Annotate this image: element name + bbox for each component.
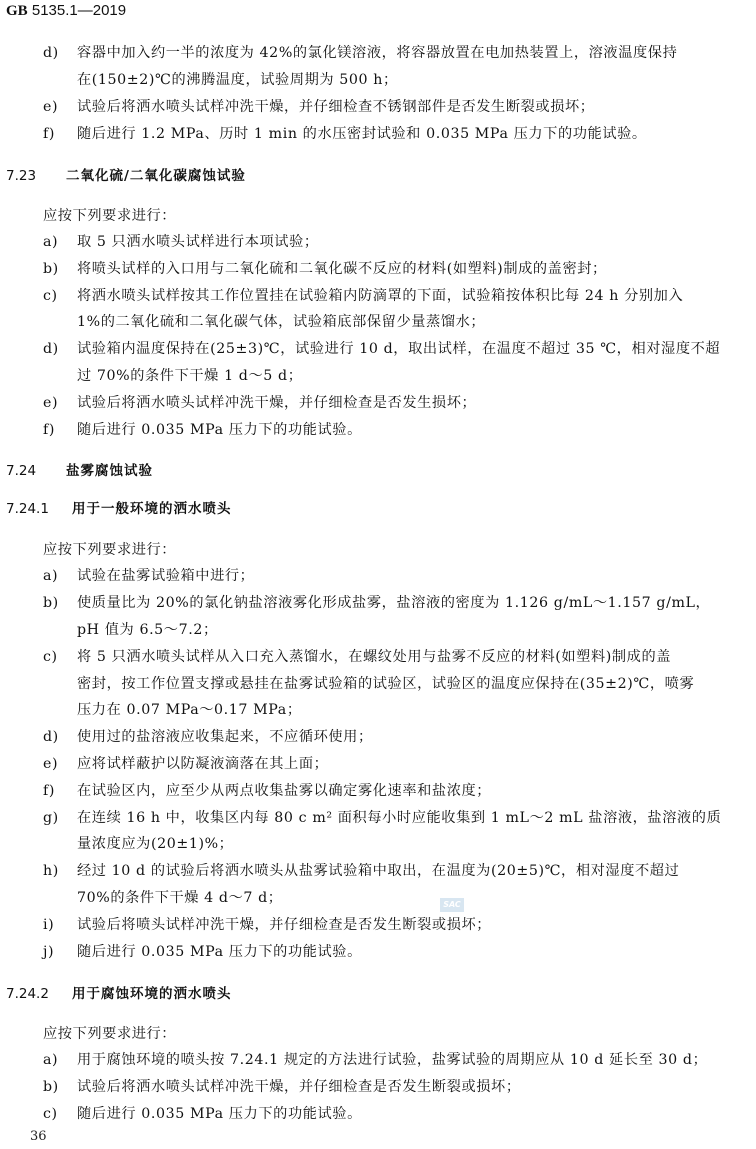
section-heading-7-23: 7.23二氧化硫/二氧化碳腐蚀试验 <box>6 166 246 186</box>
section-heading-7-24: 7.24盐雾腐蚀试验 <box>6 461 153 481</box>
standard-code: 5135.1—2019 <box>32 2 126 19</box>
sac-watermark-logo: SAC <box>440 898 464 912</box>
document-header: GB 5135.1—2019 <box>6 2 126 20</box>
section-heading-7-24-2: 7.24.2用于腐蚀环境的洒水喷头 <box>6 984 232 1004</box>
page-number: 36 <box>30 1129 47 1144</box>
section-heading-7-24-1: 7.24.1用于一般环境的洒水喷头 <box>6 499 232 519</box>
standard-prefix: GB <box>6 3 28 19</box>
